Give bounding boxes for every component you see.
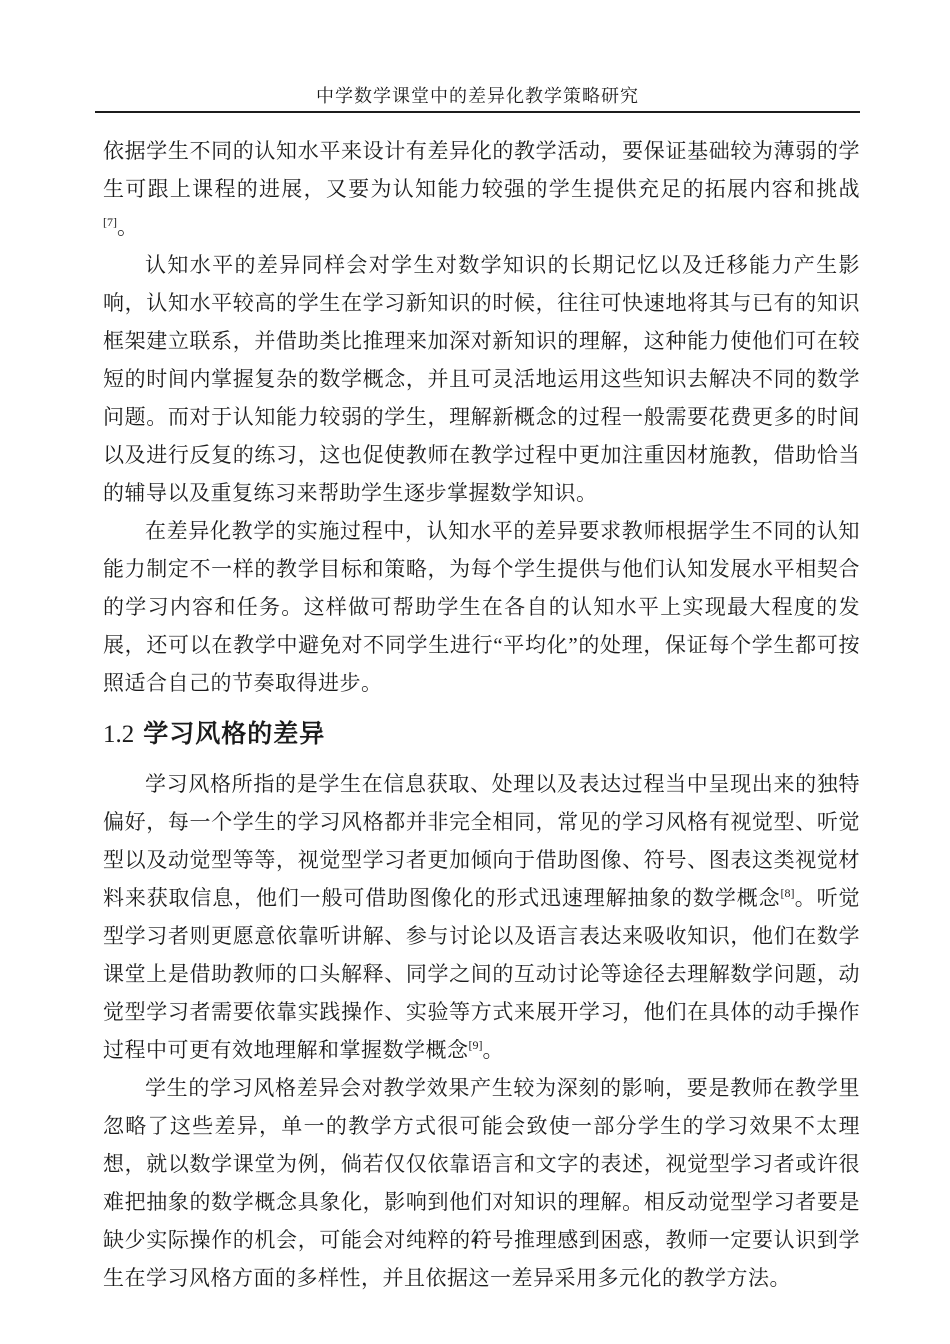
running-header-title: 中学数学课堂中的差异化教学策略研究: [95, 84, 860, 108]
section-heading-title: 学习风格的差异: [143, 720, 325, 748]
page-footer: 4: [0, 1231, 950, 1249]
paragraph-5: 学生的学习风格差异会对教学效果产生较为深刻的影响，要是教师在教学里忽略了这些差异…: [103, 1069, 860, 1297]
paragraph-3: 在差异化教学的实施过程中，认知水平的差异要求教师根据学生不同的认知能力制定不一样…: [103, 512, 860, 702]
section-heading-1-2: 1.2学习风格的差异: [103, 716, 860, 753]
section-heading-number: 1.2: [103, 721, 134, 748]
document-page: 中学数学课堂中的差异化教学策略研究 依据学生不同的认知水平来设计有差异化的教学活…: [0, 0, 950, 1344]
page-number: 4: [471, 1232, 479, 1248]
paragraph-4-text: 学习风格所指的是学生在信息获取、处理以及表达过程当中呈现出来的独特偏好，每一个学…: [103, 772, 860, 910]
paragraph-3-text: 在差异化教学的实施过程中，认知水平的差异要求教师根据学生不同的认知能力制定不一样…: [103, 519, 860, 695]
citation-ref-7: [7]: [103, 215, 117, 229]
citation-ref-9: [9]: [469, 1038, 483, 1052]
paragraph-1: 依据学生不同的认知水平来设计有差异化的教学活动，要保证基础较为薄弱的学生可跟上课…: [103, 132, 860, 246]
citation-ref-8: [8]: [780, 886, 794, 900]
paragraph-4: 学习风格所指的是学生在信息获取、处理以及表达过程当中呈现出来的独特偏好，每一个学…: [103, 765, 860, 1069]
paragraph-2-text: 认知水平的差异同样会对学生对数学知识的长期记忆以及迁移能力产生影响，认知水平较高…: [103, 253, 860, 505]
paragraph-4-end: 。: [483, 1038, 505, 1062]
paragraph-1-text: 依据学生不同的认知水平来设计有差异化的教学活动，要保证基础较为薄弱的学生可跟上课…: [103, 139, 860, 201]
paragraph-2: 认知水平的差异同样会对学生对数学知识的长期记忆以及迁移能力产生影响，认知水平较高…: [103, 246, 860, 512]
paragraph-1-end: 。: [117, 215, 139, 239]
paragraph-4-text-2: 。听觉型学习者则更愿意依靠听讲解、参与讨论以及语言表达来吸收知识，他们在数学课堂…: [103, 886, 860, 1062]
document-body: 依据学生不同的认知水平来设计有差异化的教学活动，要保证基础较为薄弱的学生可跟上课…: [103, 132, 860, 1297]
running-header: 中学数学课堂中的差异化教学策略研究: [95, 84, 860, 113]
paragraph-5-text: 学生的学习风格差异会对教学效果产生较为深刻的影响，要是教师在教学里忽略了这些差异…: [103, 1076, 860, 1290]
